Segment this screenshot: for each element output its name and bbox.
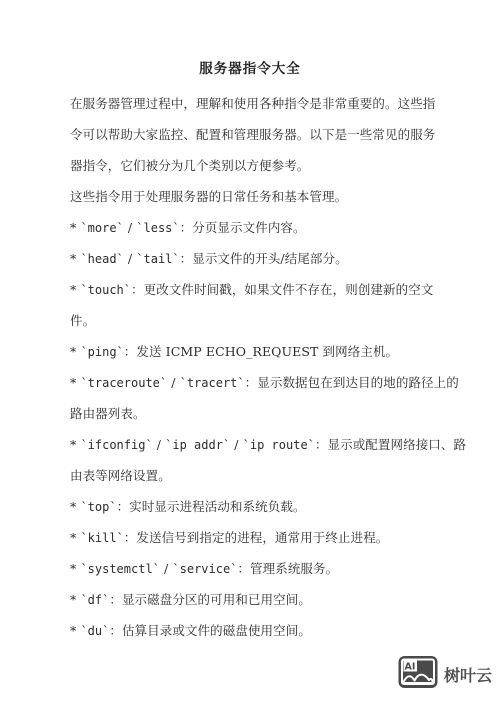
text-line: * `more` / `less`：分页显示文件内容。 — [70, 212, 432, 243]
text-line: * `kill`：发送信号到指定的进程，通常用于终止进程。 — [70, 522, 432, 553]
command-code: `du` — [80, 624, 109, 638]
text-line: 这些指令用于处理服务器的日常任务和基本管理。 — [70, 181, 432, 212]
command-code: `kill` — [80, 531, 123, 545]
text-line: * `top`：实时显示进程活动和系统负载。 — [70, 491, 432, 522]
document-content: 在服务器管理过程中，理解和使用各种指令是非常重要的。这些指令可以帮助大家监控、配… — [70, 88, 432, 646]
text-line: * `systemctl` / `service`：管理系统服务。 — [70, 553, 432, 584]
paragraph: * `touch`：更改文件时间戳，如果文件不存在，则创建新的空文件。 — [70, 274, 432, 336]
command-code: `service` — [172, 562, 237, 576]
command-code: `traceroute` — [80, 376, 167, 390]
paragraph: 这些指令用于处理服务器的日常任务和基本管理。 — [70, 181, 432, 212]
document-page: 服务器指令大全 在服务器管理过程中，理解和使用各种指令是非常重要的。这些指令可以… — [0, 0, 500, 707]
command-code: `tail` — [136, 252, 179, 266]
text-line: * `ping`：发送 ICMP ECHO_REQUEST 到网络主机。 — [70, 336, 432, 367]
text-line: 件。 — [70, 305, 432, 336]
command-code: `df` — [80, 593, 109, 607]
text-line: 在服务器管理过程中，理解和使用各种指令是非常重要的。这些指 — [70, 88, 432, 119]
text-line: * `df`：显示磁盘分区的可用和已用空间。 — [70, 584, 432, 615]
brand-name: 树叶云 — [444, 663, 492, 686]
paragraph: * `ping`：发送 ICMP ECHO_REQUEST 到网络主机。 — [70, 336, 432, 367]
command-code: `ip addr` — [165, 438, 230, 452]
text-line: * `du`：估算目录或文件的磁盘使用空间。 — [70, 615, 432, 646]
command-code: `ping` — [80, 345, 123, 359]
command-code: `systemctl` — [80, 562, 159, 576]
command-code: `ifconfig` — [80, 438, 152, 452]
command-code: `ip route` — [243, 438, 315, 452]
text-line: 路由器列表。 — [70, 398, 432, 429]
command-code: `top` — [80, 500, 116, 514]
command-code: `tracert` — [180, 376, 245, 390]
paragraph: * `du`：估算目录或文件的磁盘使用空间。 — [70, 615, 432, 646]
text-line: * `head` / `tail`：显示文件的开头/结尾部分。 — [70, 243, 432, 274]
paragraph: 在服务器管理过程中，理解和使用各种指令是非常重要的。这些指令可以帮助大家监控、配… — [70, 88, 432, 181]
page-title: 服务器指令大全 — [0, 0, 500, 78]
text-line: 器指令，它们被分为几个类别以方便参考。 — [70, 150, 432, 181]
command-code: `less` — [136, 221, 179, 235]
paragraph: * `kill`：发送信号到指定的进程，通常用于终止进程。 — [70, 522, 432, 553]
text-line: * `ifconfig` / `ip addr` / `ip route`：显示… — [70, 429, 432, 460]
text-line: * `traceroute` / `tracert`：显示数据包在到达目的地的路… — [70, 367, 432, 398]
ai-icon-label: AI — [404, 662, 415, 673]
text-line: 由表等网络设置。 — [70, 460, 432, 491]
command-code: `touch` — [80, 283, 131, 297]
command-code: `head` — [80, 252, 123, 266]
paragraph: * `head` / `tail`：显示文件的开头/结尾部分。 — [70, 243, 432, 274]
text-line: 令可以帮助大家监控、配置和管理服务器。以下是一些常见的服务 — [70, 119, 432, 150]
watermark-brand: AI 树叶云 — [398, 655, 492, 693]
paragraph: * `systemctl` / `service`：管理系统服务。 — [70, 553, 432, 584]
paragraph: * `df`：显示磁盘分区的可用和已用空间。 — [70, 584, 432, 615]
text-line: * `touch`：更改文件时间戳，如果文件不存在，则创建新的空文 — [70, 274, 432, 305]
paragraph: * `ifconfig` / `ip addr` / `ip route`：显示… — [70, 429, 432, 491]
brand-ai-photo-icon: AI — [398, 655, 438, 693]
command-code: `more` — [80, 221, 123, 235]
paragraph: * `top`：实时显示进程活动和系统负载。 — [70, 491, 432, 522]
paragraph: * `more` / `less`：分页显示文件内容。 — [70, 212, 432, 243]
paragraph: * `traceroute` / `tracert`：显示数据包在到达目的地的路… — [70, 367, 432, 429]
